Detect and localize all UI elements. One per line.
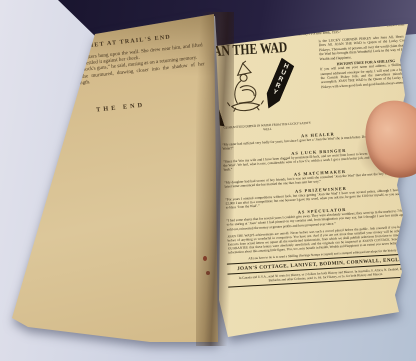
figure-column: JOAN THE WAD bbox=[215, 39, 320, 134]
history-text: If you will send me your name and addres… bbox=[320, 62, 413, 89]
gutter-stain bbox=[203, 256, 207, 261]
hurry-label: HURRY bbox=[265, 62, 290, 110]
piskey-illustration bbox=[222, 59, 269, 117]
gutter-stain bbox=[206, 271, 210, 275]
ad-intro-text: is the LUCKY CORNISH PISKEY who Sees All… bbox=[318, 34, 411, 62]
figure-area: HURRY bbox=[216, 56, 319, 125]
open-book-photo: 312 TOPHET AT TRAIL'S END where a belt w… bbox=[0, 0, 416, 361]
